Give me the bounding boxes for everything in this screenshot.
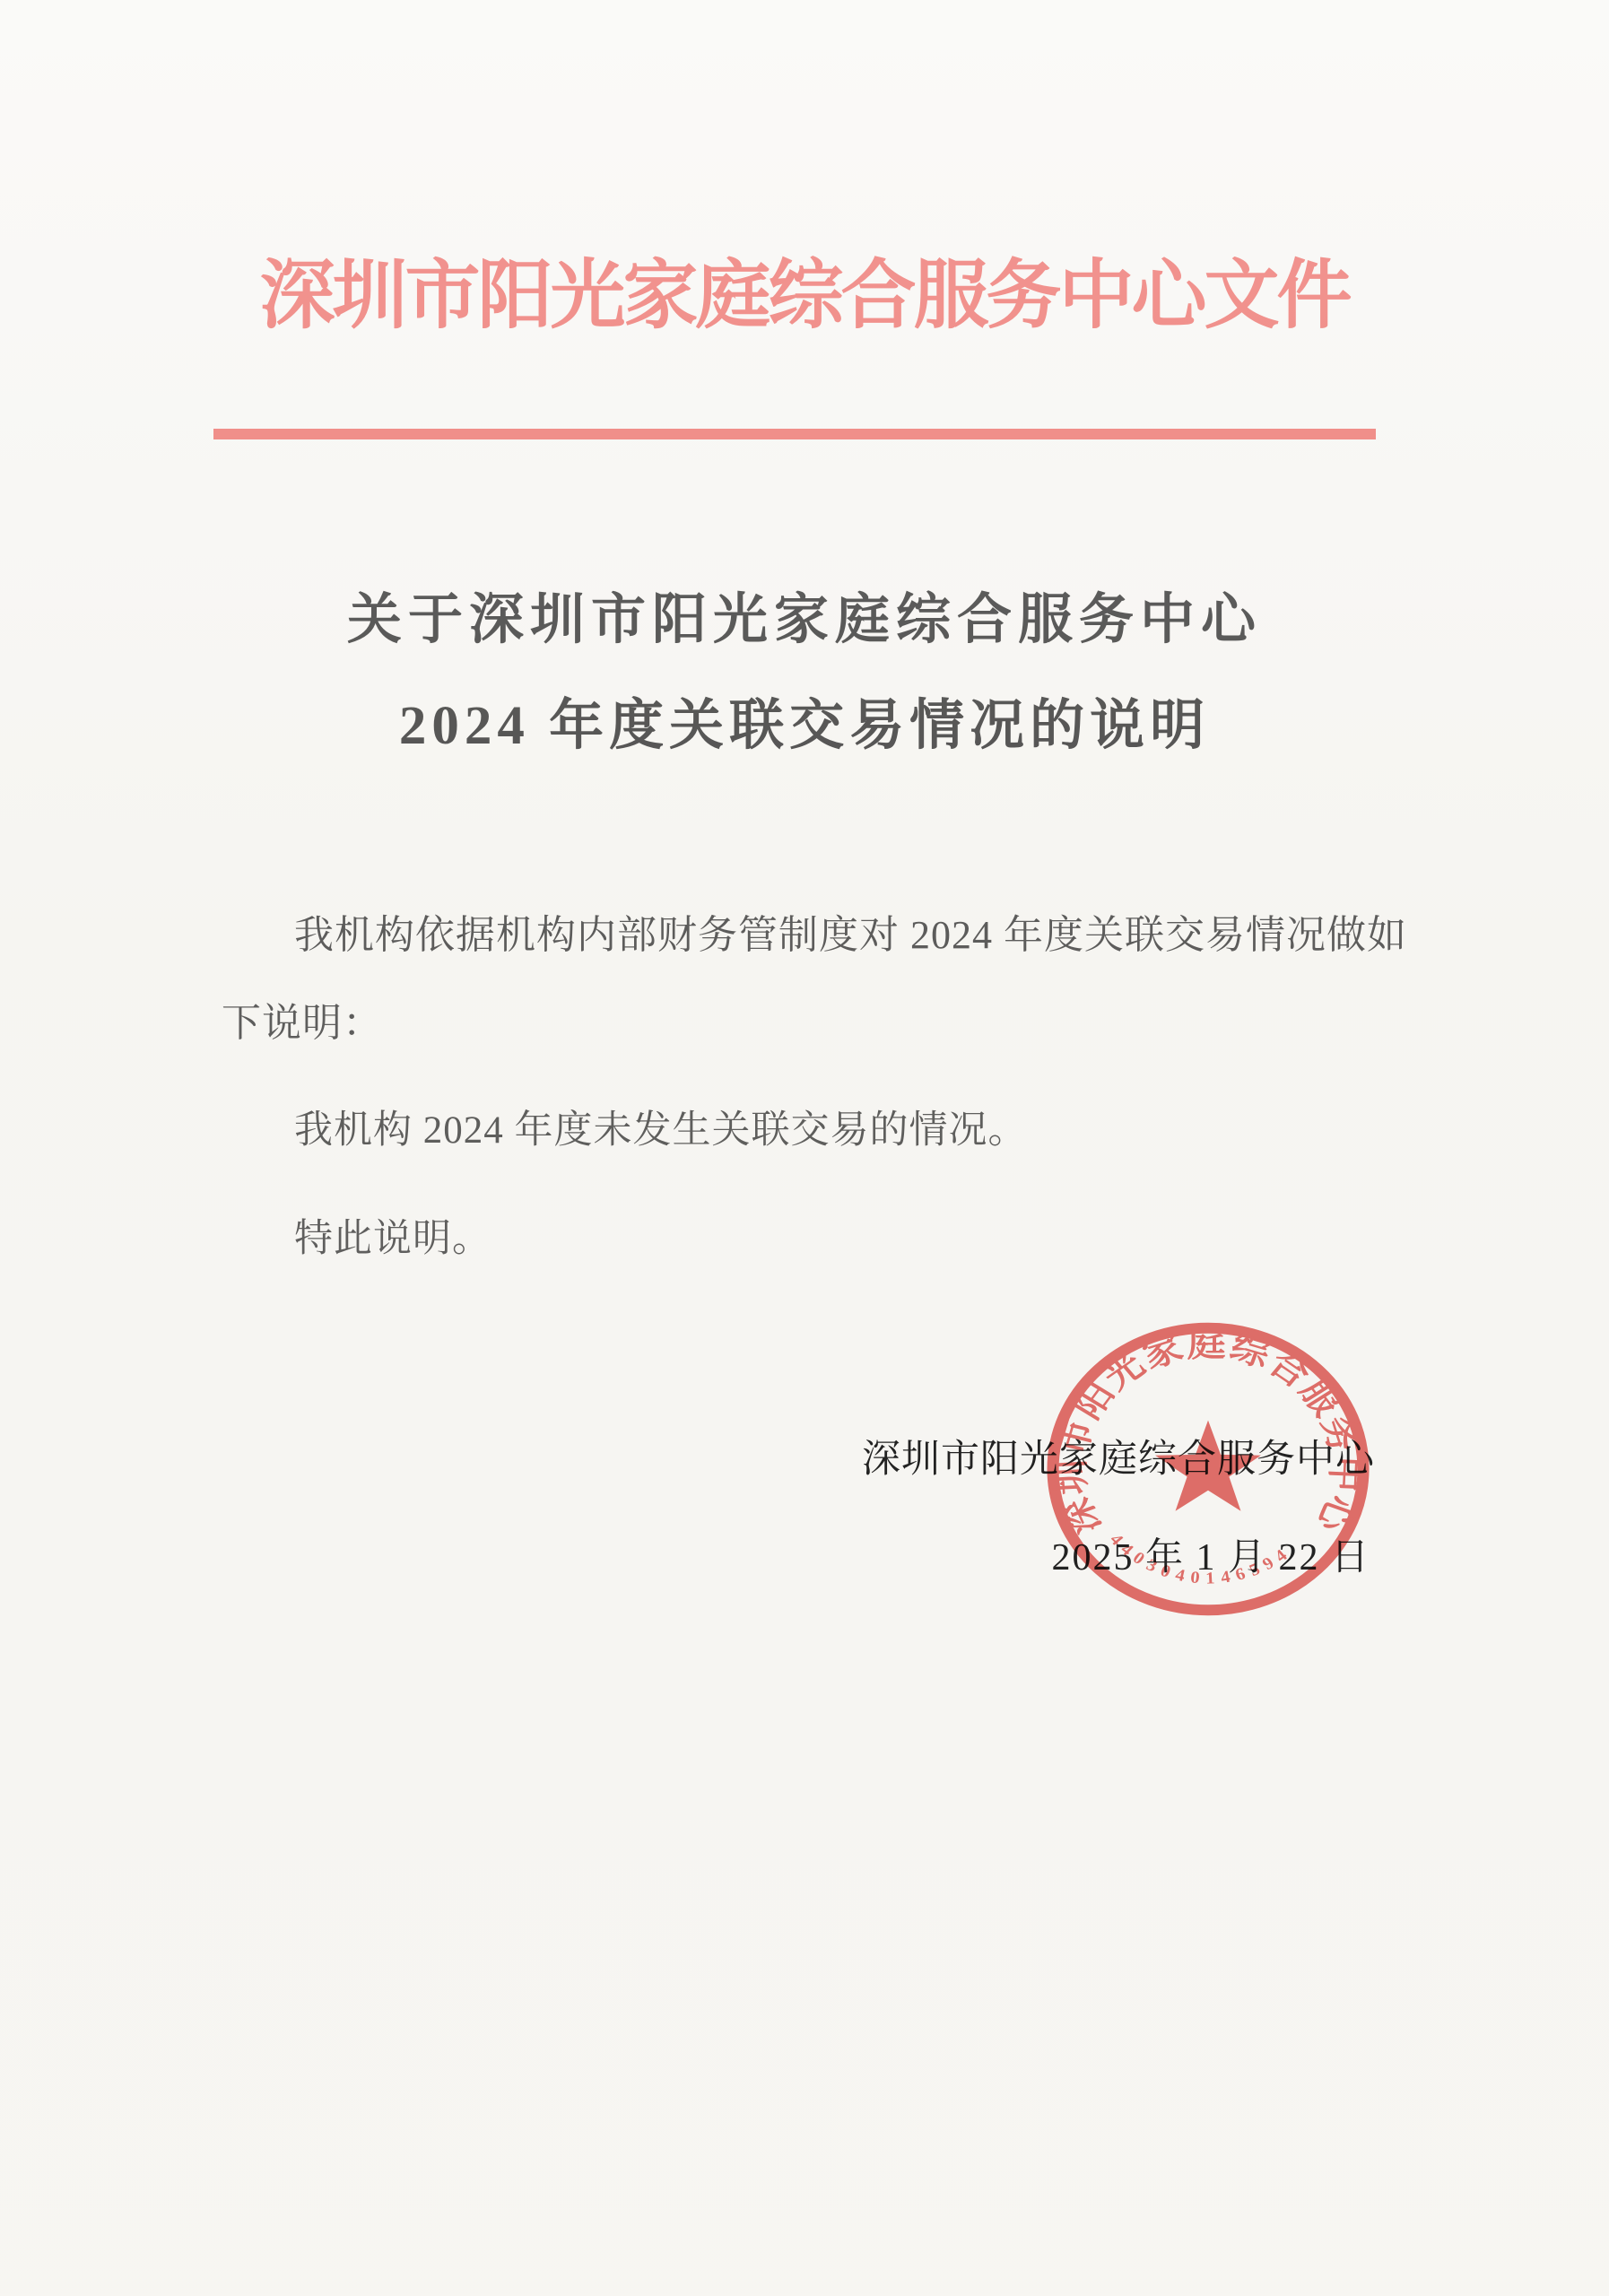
body-paragraph2: 我机构 2024 年度未发生关联交易的情况。 — [294, 1100, 1028, 1154]
document-page: 深圳市阳光家庭综合服务中心文件 关于深圳市阳光家庭综合服务中心 2024 年度关… — [0, 0, 1609, 2296]
letterhead-title: 深圳市阳光家庭综合服务中心文件 — [0, 235, 1609, 344]
document-title-line1: 关于深圳市阳光家庭综合服务中心 — [0, 576, 1609, 654]
body-paragraph1-line1: 我机构依据机构内部财务管制度对 2024 年度关联交易情况做如 — [294, 902, 1407, 960]
seal-code-text: 4403040146594 — [1106, 1530, 1297, 1587]
header-divider-line — [213, 429, 1376, 439]
body-paragraph1-line2: 下说明： — [222, 990, 383, 1048]
document-title-line2: 2024 年度关联交易情况的说明 — [0, 682, 1609, 760]
official-seal-stamp: 深圳市阳光家庭综合服务中心 4403040146594 — [1040, 1317, 1376, 1622]
star-icon — [1155, 1421, 1261, 1511]
body-paragraph3: 特此说明。 — [294, 1208, 491, 1263]
